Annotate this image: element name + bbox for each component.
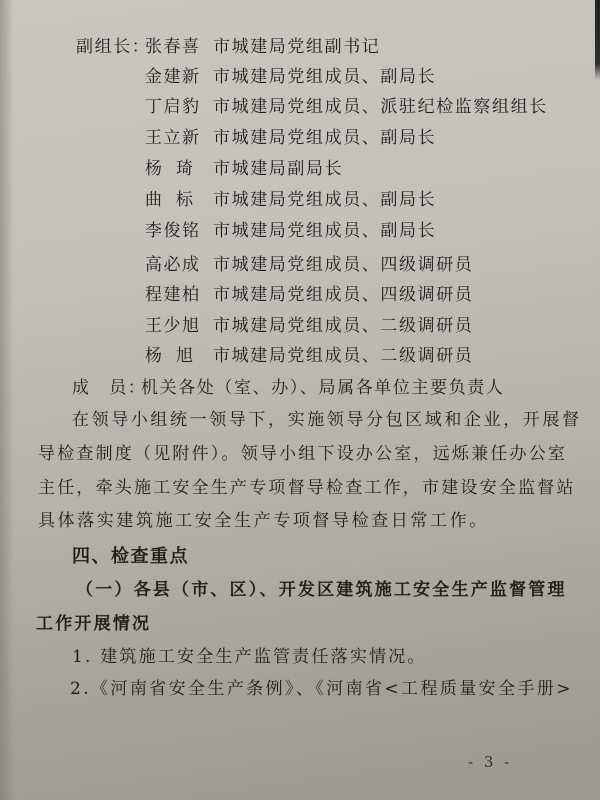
paragraph-line: 主任，牵头施工安全生产专项督导检查工作，市建设安全监督站 [38,477,576,499]
members-text: 机关各处（室、办）、局属各单位主要负责人 [141,377,505,399]
check-item: 1. 建筑施工安全生产监管责任落实情况。 [72,646,427,668]
member-role: 市城建局党组成员、二级调研员 [213,345,473,367]
member-role: 市城建局党组成员、二级调研员 [213,315,473,337]
page-edge-right [595,0,600,80]
subsection-title-line: （一）各县（市、区）、开发区建筑施工安全生产监督管理 [76,579,567,601]
paragraph-line: 在领导小组统一领导下，实施领导分包区域和企业，开展督 [72,409,582,431]
member-name: 金建新 [145,66,201,88]
section-heading: 四、检查重点 [72,546,189,568]
check-item: 2.《河南省安全生产条例》、《河南省<工程质量安全手册> [70,678,573,700]
paragraph-line: 具体落实建筑施工安全生产专项督导检查日常工作。 [38,510,489,532]
member-name: 杨琦 [145,158,207,180]
member-role: 市城建局党组成员、副局长 [213,66,436,88]
member-name: 李俊铭 [145,220,201,242]
members-label: 成 员： [72,377,146,399]
deputy-leader-label: 副组长： [76,36,150,58]
page-number: - 3 - [468,753,512,771]
member-role: 市城建局党组成员、副局长 [213,220,436,242]
member-name: 程建柏 [145,284,201,306]
member-role: 市城建局党组成员、四级调研员 [213,284,473,306]
subsection-title-line: 工作开展情况 [36,613,151,635]
page-shadow-left [0,0,14,800]
member-name: 丁启豹 [145,96,201,118]
member-name: 张春喜 [145,36,201,58]
member-name: 高必成 [145,254,201,276]
member-role: 市城建局党组成员、副局长 [213,127,436,149]
member-role: 市城建局党组成员、副局长 [213,189,436,211]
member-role: 市城建局党组成员、派驻纪检监察组组长 [213,96,548,118]
member-role: 市城建局副局长 [213,158,343,180]
member-name: 杨旭 [145,345,207,367]
member-name: 曲标 [145,189,207,211]
member-role: 市城建局党组副书记 [213,36,380,58]
paragraph-line: 导检查制度（见附件）。领导小组下设办公室，远烁兼任办公室 [38,443,567,465]
member-name: 王少旭 [145,315,201,337]
member-name: 王立新 [145,127,201,149]
member-role: 市城建局党组成员、四级调研员 [213,254,473,276]
